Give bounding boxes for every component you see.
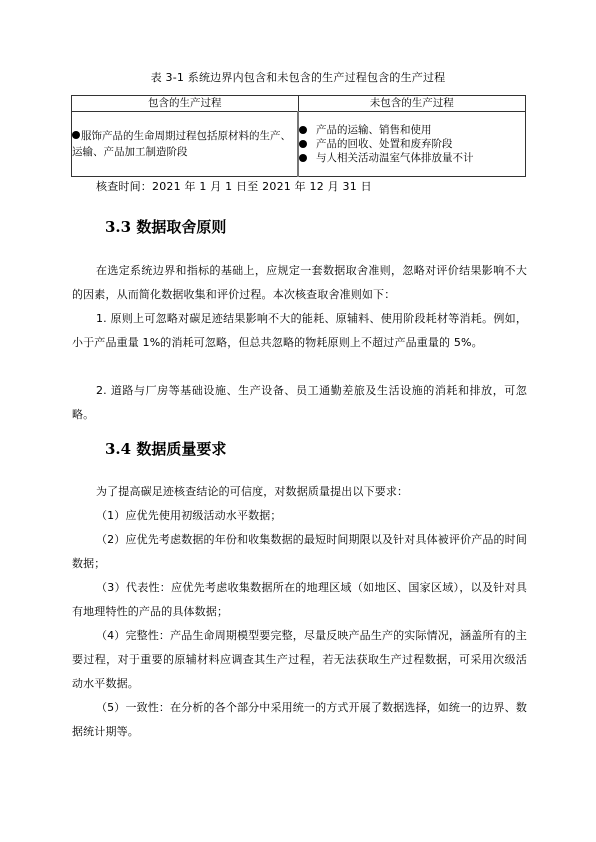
- quality-requirement-1: （1）应优先使用初级活动水平数据；: [72, 504, 527, 528]
- header-excluded: 未包含的生产过程: [298, 96, 526, 112]
- quality-requirement-4: （4）完整性：产品生命周期模型要完整，尽量反映产品生产的实际情况，涵盖所有的主要…: [72, 624, 527, 696]
- bullet-icon: [299, 126, 307, 134]
- section-heading-3-3: 3.3 数据取舍原则: [105, 217, 226, 237]
- section-3-3-intro: 在选定系统边界和指标的基础上，应规定一套数据取舍准则，忽略对评价结果影响不大的因…: [72, 259, 527, 307]
- included-process-text: 服饰产品的生命周期过程包括原材料的生产、运输、产品加工制造阶段: [72, 130, 291, 158]
- cutoff-rule-1: 1. 原则上可忽略对碳足迹结果影响不大的能耗、原辅料、使用阶段耗材等消耗。例如，…: [72, 307, 527, 355]
- bullet-icon: [299, 154, 307, 162]
- verification-period: 核查时间：2021 年 1 月 1 日至 2021 年 12 月 31 日: [96, 180, 372, 194]
- table-row: 服饰产品的生命周期过程包括原材料的生产、运输、产品加工制造阶段 产品的运输、销售…: [72, 112, 526, 177]
- bullet-icon: [72, 131, 80, 139]
- section-3-4-intro: 为了提高碳足迹核查结论的可信度，对数据质量提出以下要求：: [72, 480, 527, 504]
- excluded-item-text: 与人相关活动温室气体排放量不计: [316, 151, 474, 165]
- table-caption: 表 3-1 系统边界内包含和未包含的生产过程包含的生产过程: [0, 71, 596, 85]
- bullet-icon: [299, 140, 307, 148]
- included-process-cell: 服饰产品的生命周期过程包括原材料的生产、运输、产品加工制造阶段: [72, 112, 299, 177]
- quality-requirement-2: （2）应优先考虑数据的年份和收集数据的最短时间期限以及针对具体被评价产品的时间数…: [72, 528, 527, 576]
- list-item: 与人相关活动温室气体排放量不计: [299, 151, 525, 165]
- excluded-item-text: 产品的运输、销售和使用: [316, 123, 432, 137]
- system-boundary-table: 包含的生产过程 未包含的生产过程 服饰产品的生命周期过程包括原材料的生产、运输、…: [71, 95, 526, 177]
- list-item: 产品的运输、销售和使用: [299, 123, 525, 137]
- section-heading-3-4: 3.4 数据质量要求: [105, 439, 226, 459]
- list-item: 产品的回收、处置和废弃阶段: [299, 137, 525, 151]
- cutoff-rule-2: 2. 道路与厂房等基础设施、生产设备、员工通勤差旅及生活设施的消耗和排放，可忽略…: [72, 379, 527, 427]
- table-header-row: 包含的生产过程 未包含的生产过程: [72, 96, 526, 112]
- quality-requirement-5: （5）一致性：在分析的各个部分中采用统一的方式开展了数据选择，如统一的边界、数据…: [72, 696, 527, 744]
- excluded-item-text: 产品的回收、处置和废弃阶段: [316, 137, 453, 151]
- document-page: 表 3-1 系统边界内包含和未包含的生产过程包含的生产过程 包含的生产过程 未包…: [0, 0, 596, 842]
- excluded-process-list: 产品的运输、销售和使用 产品的回收、处置和废弃阶段 与人相关活动温室气体排放量不…: [299, 123, 525, 165]
- excluded-process-cell: 产品的运输、销售和使用 产品的回收、处置和废弃阶段 与人相关活动温室气体排放量不…: [298, 112, 526, 177]
- quality-requirement-3: （3）代表性：应优先考虑收集数据所在的地理区域（如地区、国家区域），以及针对具有…: [72, 576, 527, 624]
- header-included: 包含的生产过程: [72, 96, 299, 112]
